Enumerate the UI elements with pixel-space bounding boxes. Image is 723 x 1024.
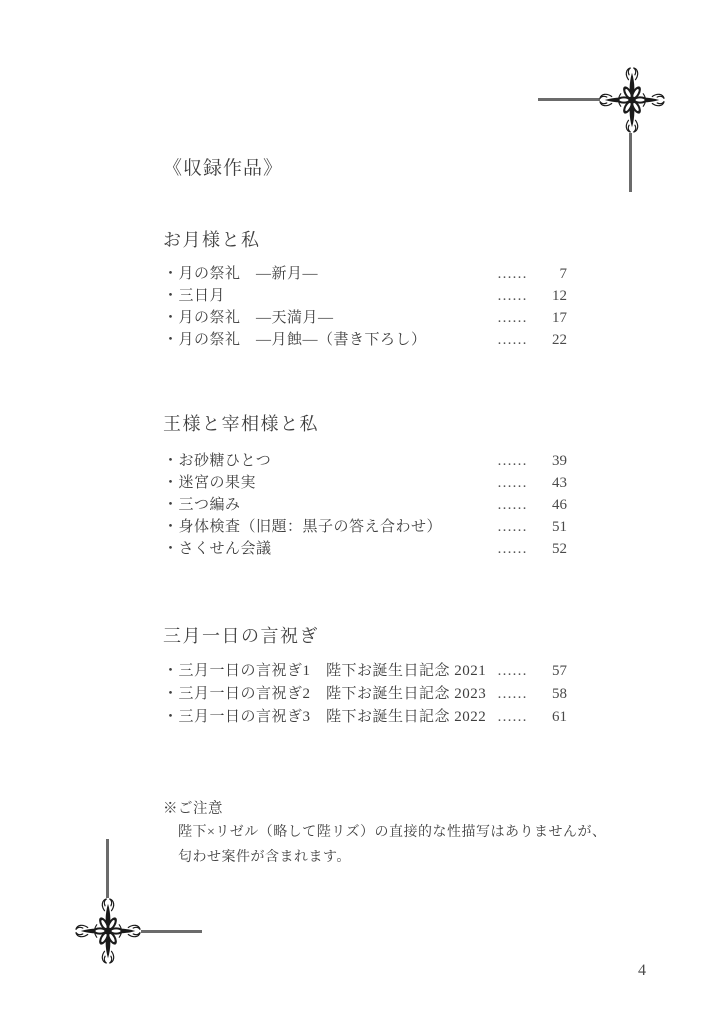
- toc-dots-leader: ……: [497, 450, 531, 472]
- toc-dots-leader: ……: [497, 472, 531, 494]
- toc-item-title: ・お砂糖ひとつ: [163, 450, 497, 472]
- toc-dots-leader: ……: [497, 706, 531, 728]
- toc-page-number: 17: [531, 307, 567, 329]
- toc-dots-leader: ……: [497, 683, 531, 705]
- ornament-rule-vertical-top-right: [629, 133, 632, 192]
- ornament-rule-horizontal-top-right: [538, 98, 600, 101]
- notice-text-line: 陛下×リゼル（略して陛リズ）の直接的な性描写はありませんが、: [178, 821, 606, 841]
- toc-row: ・身体検査（旧題：黒子の答え合わせ） …… 51: [163, 516, 567, 538]
- toc-page-number: 22: [531, 329, 567, 351]
- toc-item-title: ・三日月: [163, 285, 497, 307]
- ornament-rule-horizontal-bottom-left: [141, 930, 202, 933]
- toc-dots-leader: ……: [497, 285, 531, 307]
- section-heading-king: 王様と宰相様と私: [163, 410, 319, 436]
- toc-page-number: 12: [531, 285, 567, 307]
- toc-dots-leader: ……: [497, 494, 531, 516]
- toc-row: ・月の祭礼 ―天満月― …… 17: [163, 307, 567, 329]
- floral-cross-ornament-icon: [597, 65, 667, 135]
- toc-item-title: ・三月一日の言祝ぎ2 陛下お誕生日記念 2023: [163, 683, 497, 705]
- toc-row: ・迷宮の果実 …… 43: [163, 472, 567, 494]
- toc-item-title: ・月の祭礼 ―新月―: [163, 263, 497, 285]
- toc-page-number: 61: [531, 706, 567, 728]
- toc-page-number: 7: [531, 263, 567, 285]
- toc-page-number: 52: [531, 538, 567, 560]
- page-title: 《収録作品》: [163, 153, 283, 180]
- toc-page-number: 39: [531, 450, 567, 472]
- toc-page: 《収録作品》 お月様と私 ・月の祭礼 ―新月― …… 7 ・三日月 …… 12 …: [0, 0, 723, 1024]
- toc-item-title: ・三月一日の言祝ぎ1 陛下お誕生日記念 2021: [163, 660, 497, 682]
- notice-text-line: 匂わせ案件が含まれます。: [178, 846, 351, 866]
- toc-dots-leader: ……: [497, 516, 531, 538]
- toc-item-title: ・月の祭礼 ―月蝕―（書き下ろし）: [163, 329, 497, 351]
- section-heading-moon: お月様と私: [163, 226, 261, 252]
- toc-row: ・さくせん会議 …… 52: [163, 538, 567, 560]
- toc-row: ・三月一日の言祝ぎ1 陛下お誕生日記念 2021 …… 57: [163, 660, 567, 682]
- toc-item-title: ・三つ編み: [163, 494, 497, 516]
- toc-page-number: 46: [531, 494, 567, 516]
- ornament-rule-vertical-bottom-left: [106, 839, 109, 898]
- toc-item-title: ・三月一日の言祝ぎ3 陛下お誕生日記念 2022: [163, 706, 497, 728]
- toc-row: ・三日月 …… 12: [163, 285, 567, 307]
- toc-item-title: ・さくせん会議: [163, 538, 497, 560]
- toc-page-number: 43: [531, 472, 567, 494]
- section-heading-birthday: 三月一日の言祝ぎ: [163, 622, 319, 648]
- toc-page-number: 51: [531, 516, 567, 538]
- toc-dots-leader: ……: [497, 329, 531, 351]
- toc-row: ・月の祭礼 ―新月― …… 7: [163, 263, 567, 285]
- toc-page-number: 57: [531, 660, 567, 682]
- toc-page-number: 58: [531, 683, 567, 705]
- toc-row: ・三つ編み …… 46: [163, 494, 567, 516]
- toc-row: ・お砂糖ひとつ …… 39: [163, 450, 567, 472]
- notice-heading: ※ご注意: [163, 797, 223, 818]
- floral-cross-ornament-icon: [73, 896, 143, 966]
- toc-item-title: ・月の祭礼 ―天満月―: [163, 307, 497, 329]
- toc-row: ・三月一日の言祝ぎ3 陛下お誕生日記念 2022 …… 61: [163, 706, 567, 728]
- page-number: 4: [628, 962, 656, 980]
- toc-dots-leader: ……: [497, 307, 531, 329]
- toc-item-title: ・迷宮の果実: [163, 472, 497, 494]
- toc-dots-leader: ……: [497, 538, 531, 560]
- toc-row: ・月の祭礼 ―月蝕―（書き下ろし） …… 22: [163, 329, 567, 351]
- toc-dots-leader: ……: [497, 263, 531, 285]
- toc-row: ・三月一日の言祝ぎ2 陛下お誕生日記念 2023 …… 58: [163, 683, 567, 705]
- toc-item-title: ・身体検査（旧題：黒子の答え合わせ）: [163, 516, 497, 538]
- toc-dots-leader: ……: [497, 660, 531, 682]
